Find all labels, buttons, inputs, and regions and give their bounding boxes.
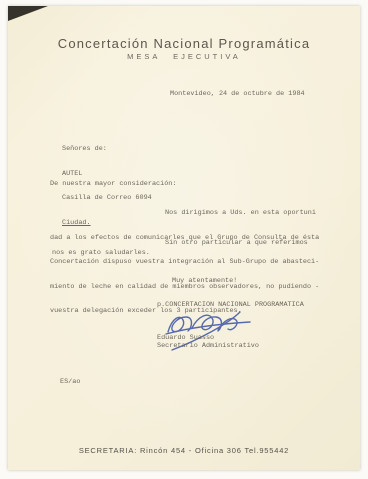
corner-fold-artifact	[8, 6, 48, 21]
date-line: Montevideo, 24 de octubre de 1984	[170, 90, 305, 98]
letterhead-subtitle: MESA EJECUTIVA	[0, 52, 368, 61]
body-line-3: Concertación dispuso vuestra integración…	[50, 258, 330, 266]
footer-secretary-address: SECRETARIA: Rincón 454 - Oficina 306 Tel…	[0, 446, 368, 455]
body-line-1: Nos dirigimos a Uds. en esta oportuni	[50, 209, 330, 217]
closing-line-2: nos es grato saludarles.	[52, 249, 150, 257]
reference-initials: ES/ao	[60, 378, 80, 386]
salutation-line: De nuestra mayor consideración:	[50, 180, 176, 188]
signatory-name: Eduardo Suasso	[157, 334, 214, 342]
closing-line-1: Sin otro particular a que referimos	[165, 239, 308, 247]
letterhead-title: Concertación Nacional Programática	[0, 36, 368, 51]
valediction-line: Muy atentamente!	[172, 277, 237, 285]
recipient-name: AUTEL	[62, 170, 152, 178]
scanned-letter-page: Concertación Nacional Programática MESA …	[0, 0, 368, 479]
signatory-role: Secretario Administrativo	[157, 342, 259, 350]
recipient-salutation: Señores de:	[62, 145, 152, 153]
